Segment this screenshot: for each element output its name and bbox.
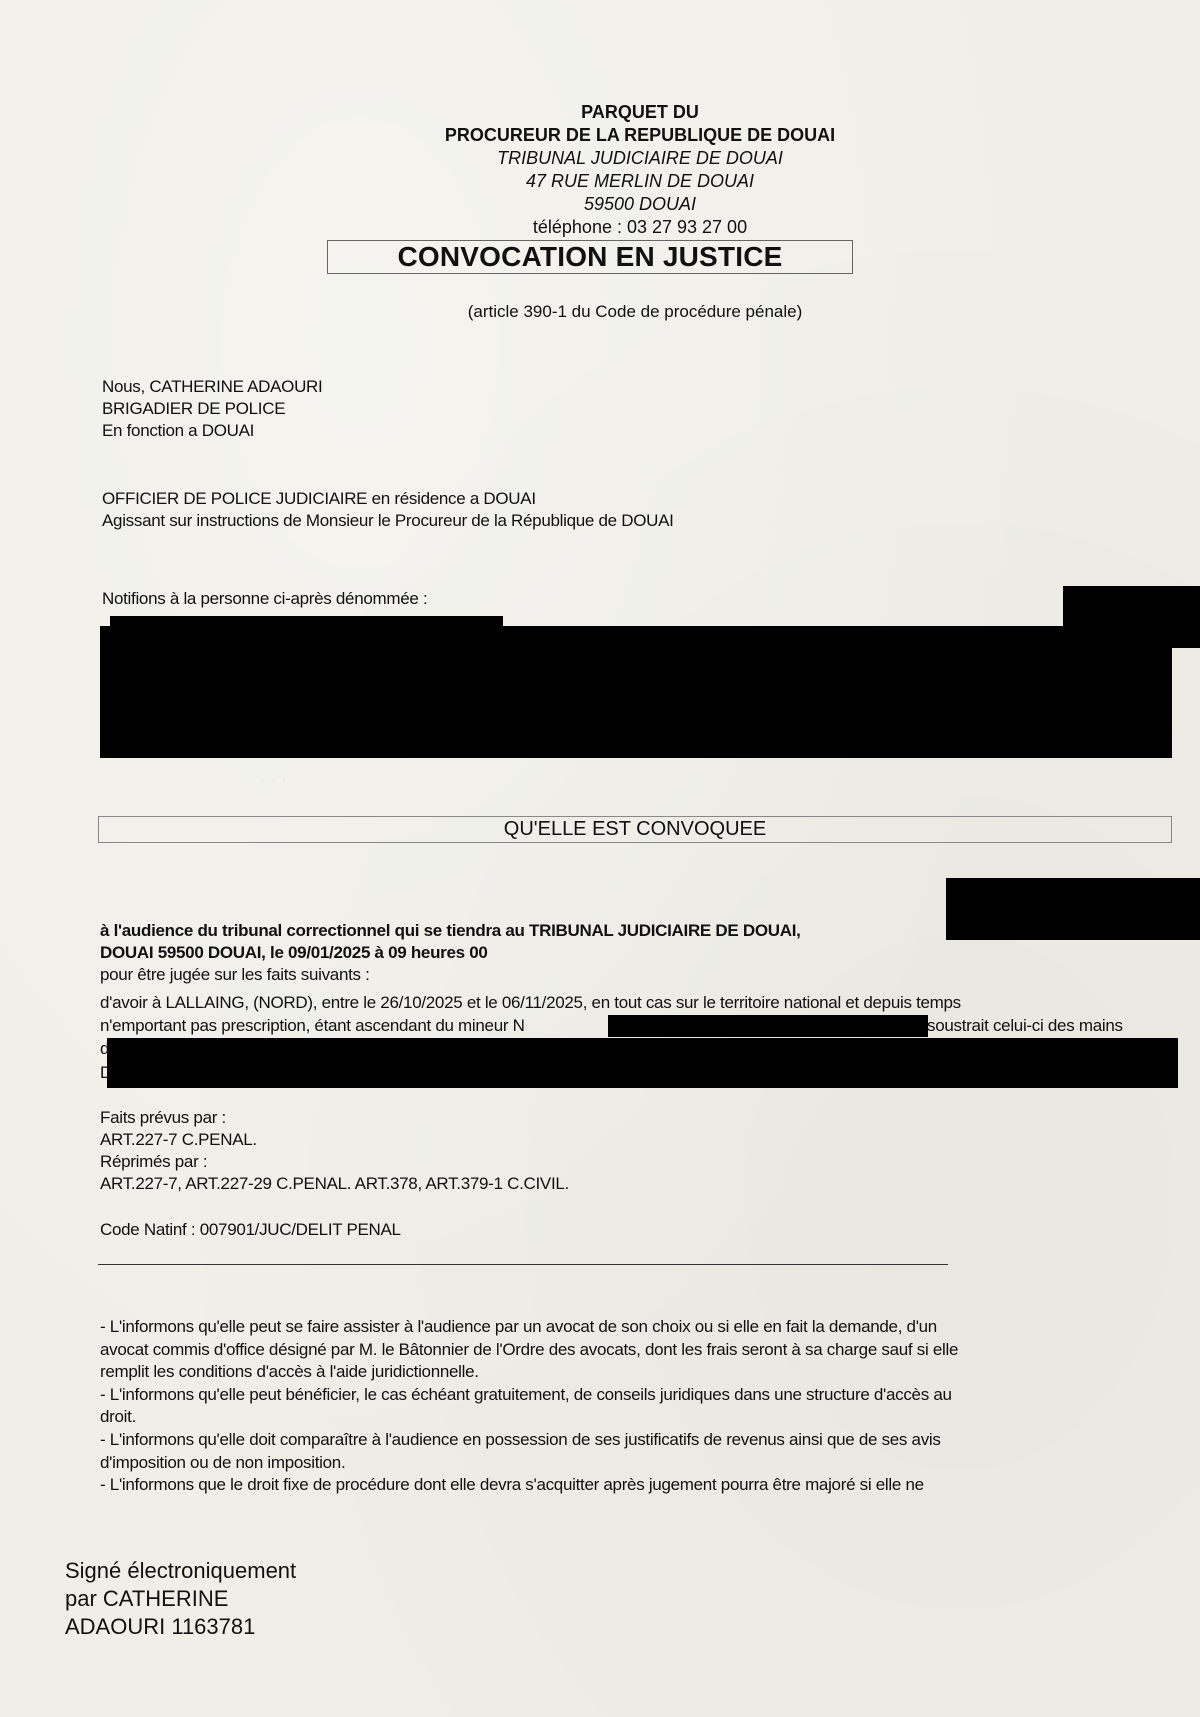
redaction-inline: [608, 1015, 928, 1037]
reprimes-label: Réprimés par :: [100, 1151, 569, 1173]
rights-line: droit.: [100, 1406, 958, 1429]
document-title: CONVOCATION EN JUSTICE: [327, 240, 853, 274]
header-court: TRIBUNAL JUDICIAIRE DE DOUAI: [0, 147, 1200, 170]
facts-line2-end: soustrait celui-ci des mains: [927, 1015, 1123, 1037]
hearing-line1: à l'audience du tribunal correctionnel q…: [100, 920, 801, 942]
rights-line: - L'informons qu'elle doit comparaître à…: [100, 1429, 958, 1452]
rights-line: - L'informons qu'elle peut bénéficier, l…: [100, 1384, 958, 1407]
faits-label: Faits prévus par :: [100, 1107, 569, 1129]
rights-line: d'imposition ou de non imposition.: [100, 1452, 958, 1475]
rights-notice: - L'informons qu'elle peut se faire assi…: [100, 1316, 958, 1497]
officer-name: Nous, CATHERINE ADAOURI: [102, 376, 322, 398]
natinf-code: Code Natinf : 007901/JUC/DELIT PENAL: [100, 1219, 401, 1241]
convoked-banner: QU'ELLE EST CONVOQUEE: [98, 816, 1172, 843]
faits-value: ART.227-7 C.PENAL.: [100, 1129, 569, 1151]
header-block: PARQUET DU PROCUREUR DE LA REPUBLIQUE DE…: [0, 101, 1200, 239]
rights-line: remplit les conditions d'accès à l'aide …: [100, 1361, 958, 1384]
opj-residence: en résidence a DOUAI: [367, 489, 536, 508]
hearing-line3: pour être jugée sur les faits suivants :: [100, 964, 370, 986]
hearing-date: DOUAI 59500 DOUAI, le 09/01/2025 à 09 he…: [100, 942, 488, 964]
officer-rank: BRIGADIER DE POLICE: [102, 398, 322, 420]
rights-line: - L'informons qu'elle peut se faire assi…: [100, 1316, 958, 1339]
redaction-block: [107, 1038, 1178, 1088]
officer-location: En fonction a DOUAI: [102, 420, 322, 442]
facts-line1: d'avoir à LALLAING, (NORD), entre le 26/…: [100, 992, 961, 1014]
redaction-block: [946, 878, 1200, 940]
rights-line: - L'informons que le droit fixe de procé…: [100, 1474, 958, 1497]
notify-label: Notifions à la personne ci-après dénommé…: [102, 588, 427, 610]
redaction-block: [100, 646, 1172, 758]
reprimes-value: ART.227-7, ART.227-29 C.PENAL. ART.378, …: [100, 1173, 569, 1195]
legal-block: Faits prévus par : ART.227-7 C.PENAL. Ré…: [100, 1107, 569, 1195]
officer-block: Nous, CATHERINE ADAOURI BRIGADIER DE POL…: [102, 376, 322, 442]
header-parquet: PARQUET DU: [0, 101, 1200, 124]
header-street: 47 RUE MERLIN DE DOUAI: [0, 170, 1200, 193]
signature-line2: par CATHERINE: [65, 1585, 296, 1613]
header-city: 59500 DOUAI: [0, 193, 1200, 216]
header-phone: téléphone : 03 27 93 27 00: [0, 216, 1200, 239]
opj-line2: Agissant sur instructions de Monsieur le…: [102, 510, 674, 532]
rights-line: avocat commis d'office désigné par M. le…: [100, 1339, 958, 1362]
signature-block: Signé électroniquement par CATHERINE ADA…: [65, 1557, 296, 1641]
opj-title: OFFICIER DE POLICE JUDICIAIRE: [102, 489, 367, 508]
signature-line3: ADAOURI 1163781: [65, 1613, 296, 1641]
document-subtitle: (article 390-1 du Code de procédure péna…: [0, 302, 1200, 322]
signature-line1: Signé électroniquement: [65, 1557, 296, 1585]
redaction-block: [100, 626, 1200, 648]
opj-block: OFFICIER DE POLICE JUDICIAIRE en résiden…: [102, 488, 674, 532]
opj-line1: OFFICIER DE POLICE JUDICIAIRE en résiden…: [102, 488, 674, 510]
facts-line2-start: n'emportant pas prescription, étant asce…: [100, 1015, 525, 1037]
header-procureur: PROCUREUR DE LA REPUBLIQUE DE DOUAI: [0, 124, 1200, 147]
bleed-through-text: · · ·: [260, 770, 286, 790]
divider: [98, 1264, 948, 1265]
